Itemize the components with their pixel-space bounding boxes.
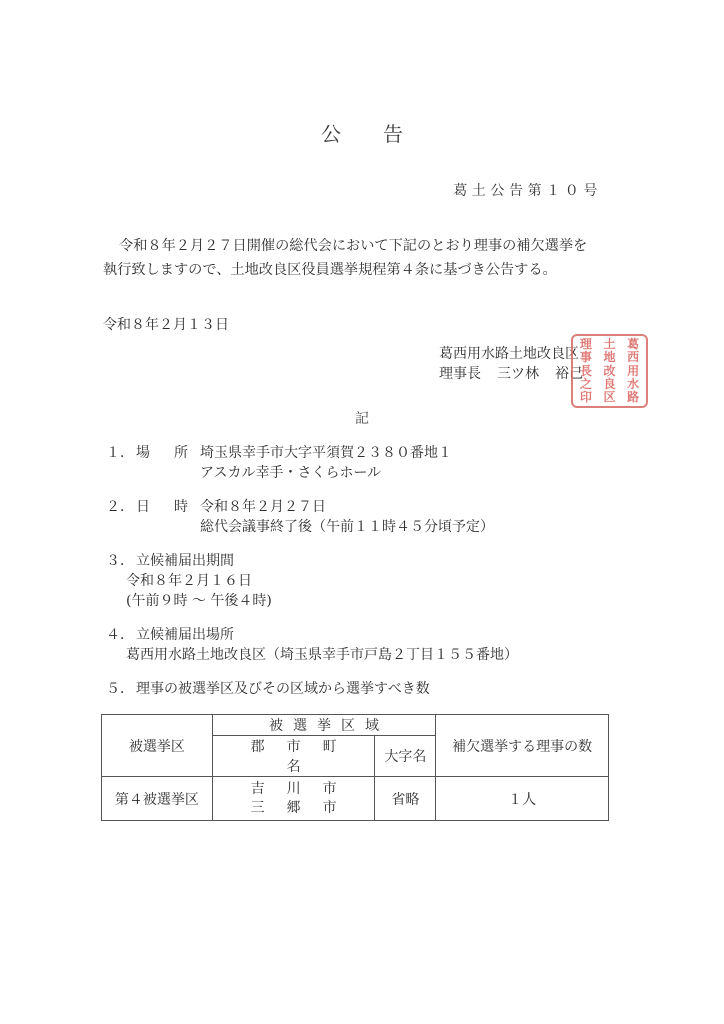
item-number: ４． <box>106 625 136 645</box>
issue-date: 令和８年２月１３日 <box>103 314 229 334</box>
item-line: 令和８年２月１６日 <box>106 571 272 591</box>
seal-column-1: 葛 西 用 水 路 <box>627 338 639 404</box>
item-number: ２． <box>106 497 136 517</box>
district-table: 被選挙区 被選挙区域 補欠選挙する理事の数 郡市町名 大字名 第４被選挙区 吉川… <box>101 714 609 821</box>
title-char: 公 <box>321 118 341 147</box>
seal-char: 用 <box>627 365 639 378</box>
seal-char: 改 <box>603 365 615 378</box>
header-count: 補欠選挙する理事の数 <box>436 715 609 777</box>
cell-municipalities: 吉川市 三郷市 <box>212 777 375 821</box>
signer-row: 理事長三ツ林裕己 <box>439 364 583 384</box>
item-number: ５． <box>106 679 136 699</box>
label-char: 所 <box>174 443 188 463</box>
body-line-2: 執行致しますので、土地改良区役員選挙規程第４条に基づき公告する。 <box>103 258 587 282</box>
seal-char: 之 <box>580 378 592 391</box>
header-municipality: 郡市町名 <box>212 736 375 777</box>
notice-body: 令和８年２月２７日開催の総代会において下記のとおり理事の補欠選挙を 執行致します… <box>103 234 587 282</box>
seal-char: 西 <box>627 351 639 364</box>
cell-count: １人 <box>436 777 609 821</box>
item-label: 日時 <box>136 497 200 517</box>
cell-district: 第４被選挙区 <box>102 777 213 821</box>
item-district-count: ５．理事の被選挙区及びその区域から選挙すべき数 <box>106 679 430 699</box>
seal-column-2: 土 地 改 良 区 <box>603 338 615 404</box>
item-location: １．場所埼玉県幸手市大字平須賀２３８０番地１ アスカル幸手・さくらホール <box>106 443 452 483</box>
official-seal-stamp: 葛 西 用 水 路 土 地 改 良 区 理 事 長 之 印 <box>571 334 648 408</box>
item-label: 理事の被選挙区及びその区域から選挙すべき数 <box>136 681 430 697</box>
municipality: 吉川市 <box>213 780 375 799</box>
signer-title: 理事長 <box>439 364 481 384</box>
seal-char: 地 <box>603 351 615 364</box>
item-number: １． <box>106 443 136 463</box>
municipality: 三郷市 <box>213 799 375 818</box>
issuer-block: 葛西用水路土地改良区 理事長三ツ林裕己 <box>439 344 583 384</box>
item-line: 令和８年２月２７日 <box>200 499 326 515</box>
seal-char: 水 <box>627 378 639 391</box>
notice-number: 葛土公告第１０号 <box>453 180 602 200</box>
item-line: (午前９時 ～ 午後４時) <box>106 591 272 611</box>
cell-oaza: 省略 <box>375 777 436 821</box>
item-line: 総代会議事終了後（午前１１時４５分頃予定） <box>106 517 494 537</box>
header-area: 被選挙区域 <box>212 715 436 736</box>
item-label: 立候補届出場所 <box>136 627 234 643</box>
seal-char: 区 <box>603 391 615 404</box>
district-table-container: 被選挙区 被選挙区域 補欠選挙する理事の数 郡市町名 大字名 第４被選挙区 吉川… <box>101 714 609 793</box>
header-district: 被選挙区 <box>102 715 213 777</box>
item-line: アスカル幸手・さくらホール <box>106 463 452 483</box>
item-datetime: ２．日時令和８年２月２７日 総代会議事終了後（午前１１時４５分頃予定） <box>106 497 494 537</box>
seal-char: 路 <box>627 391 639 404</box>
seal-char: 事 <box>580 351 592 364</box>
label-char: 時 <box>174 497 188 517</box>
seal-column-3: 理 事 長 之 印 <box>580 338 592 404</box>
seal-char: 良 <box>603 378 615 391</box>
document-title: 公告 <box>0 118 724 147</box>
item-line: 葛西用水路土地改良区（埼玉県幸手市戸島２丁目１５５番地） <box>106 645 518 665</box>
item-label: 場所 <box>136 443 200 463</box>
seal-char: 長 <box>580 365 592 378</box>
title-char: 告 <box>383 118 403 147</box>
ki-heading: 記 <box>0 408 724 428</box>
signer-family-name: 三ツ林 <box>497 364 539 384</box>
item-filing-period: ３．立候補届出期間 令和８年２月１６日 (午前９時 ～ 午後４時) <box>106 551 272 611</box>
label-char: 日 <box>136 497 150 517</box>
header-oaza: 大字名 <box>375 736 436 777</box>
item-line: 埼玉県幸手市大字平須賀２３８０番地１ <box>200 445 452 461</box>
item-number: ３． <box>106 551 136 571</box>
body-line-1: 令和８年２月２７日開催の総代会において下記のとおり理事の補欠選挙を <box>103 234 587 258</box>
label-char: 場 <box>136 443 150 463</box>
seal-char: 印 <box>580 391 592 404</box>
item-filing-place: ４．立候補届出場所 葛西用水路土地改良区（埼玉県幸手市戸島２丁目１５５番地） <box>106 625 518 665</box>
item-label: 立候補届出期間 <box>136 553 234 569</box>
organization-name: 葛西用水路土地改良区 <box>439 344 583 364</box>
